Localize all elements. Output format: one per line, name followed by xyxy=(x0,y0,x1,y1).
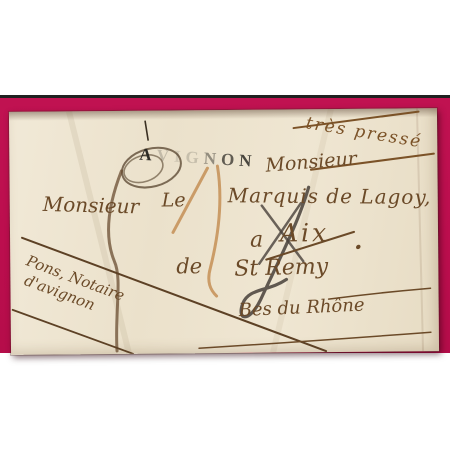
antique-letter-paper: très pressé AVIGNON Monsieur Monsieur Le… xyxy=(9,108,439,355)
tax-mark-tan-vertical xyxy=(208,166,221,296)
ink-marks-overlay xyxy=(9,108,439,355)
address-city-crossed: Aix xyxy=(280,220,329,245)
address-redirect-prefix: de xyxy=(176,256,202,277)
address-city-prefix: a xyxy=(250,230,263,252)
address-city-punct: . xyxy=(354,229,363,253)
photo-crimson-background: très pressé AVIGNON Monsieur Monsieur Le… xyxy=(0,95,450,353)
address-recipient-word2: Le xyxy=(162,191,186,210)
address-redirect-city: St Remy xyxy=(234,256,328,280)
postmark-letter: G xyxy=(185,147,204,168)
pen-tick xyxy=(145,121,148,141)
address-recipient-word3: Marquis de Lagoy, xyxy=(228,185,432,207)
product-photo-card: très pressé AVIGNON Monsieur Monsieur Le… xyxy=(0,0,450,450)
postmark-letter: N xyxy=(203,149,221,170)
postmark-letter: N xyxy=(239,151,257,172)
address-recipient-word1: Monsieur xyxy=(43,194,140,217)
postmark-letter: V xyxy=(156,146,174,167)
postmark-letter: O xyxy=(220,150,239,171)
department-underline xyxy=(199,332,431,348)
postmark-letter: A xyxy=(139,145,157,166)
